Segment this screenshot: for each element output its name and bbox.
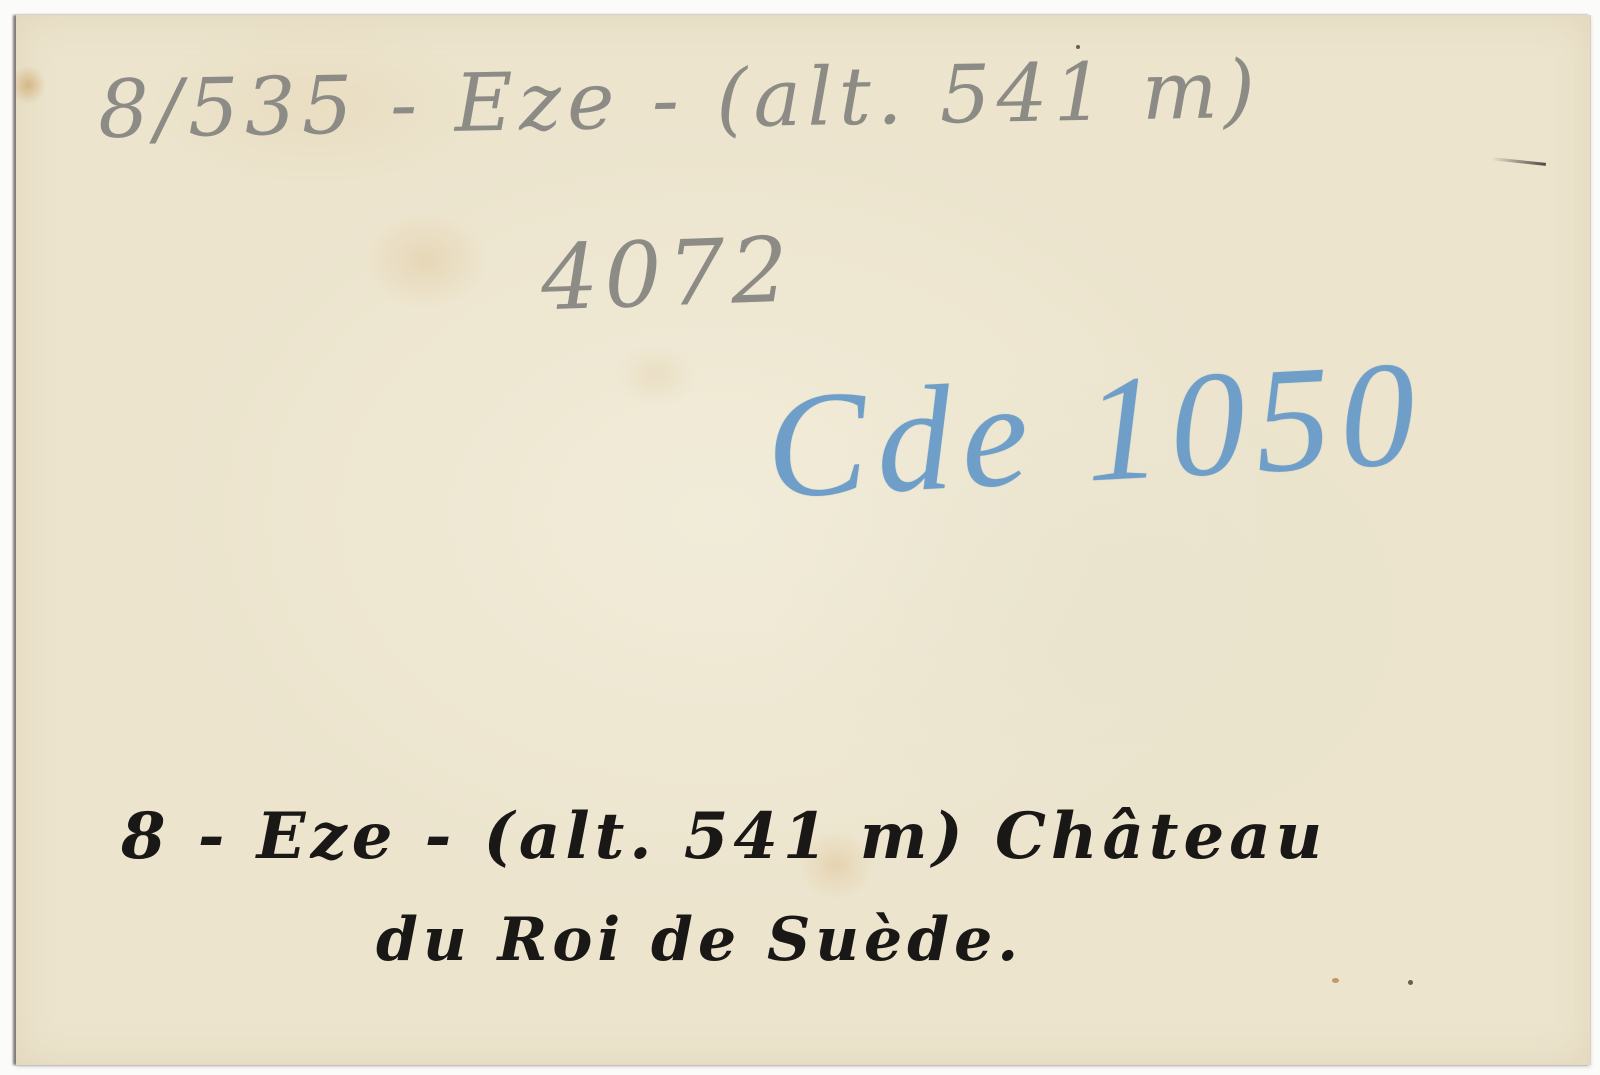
dirt-speck [1076, 45, 1080, 49]
ink-caption-line-1: 8 - Eze - (alt. 541 m) Château [121, 805, 1327, 869]
scan-background: 8/535 - Eze - (alt. 541 m) 4072 Cde 1050… [0, 0, 1600, 1075]
pencil-inventory-number: 4072 [540, 226, 796, 325]
dirt-speck [1408, 980, 1413, 985]
ink-caption-line-2: du Roi de Suède. [376, 910, 1023, 970]
blue-crayon-order-number: Cde 1050 [763, 338, 1429, 522]
pencil-caption: 8/535 - Eze - (alt. 541 m) [97, 50, 1261, 150]
photo-card-reverse: 8/535 - Eze - (alt. 541 m) 4072 Cde 1050… [16, 15, 1591, 1065]
pencil-edge-mark [1491, 157, 1546, 166]
rust-speck [1332, 978, 1339, 983]
